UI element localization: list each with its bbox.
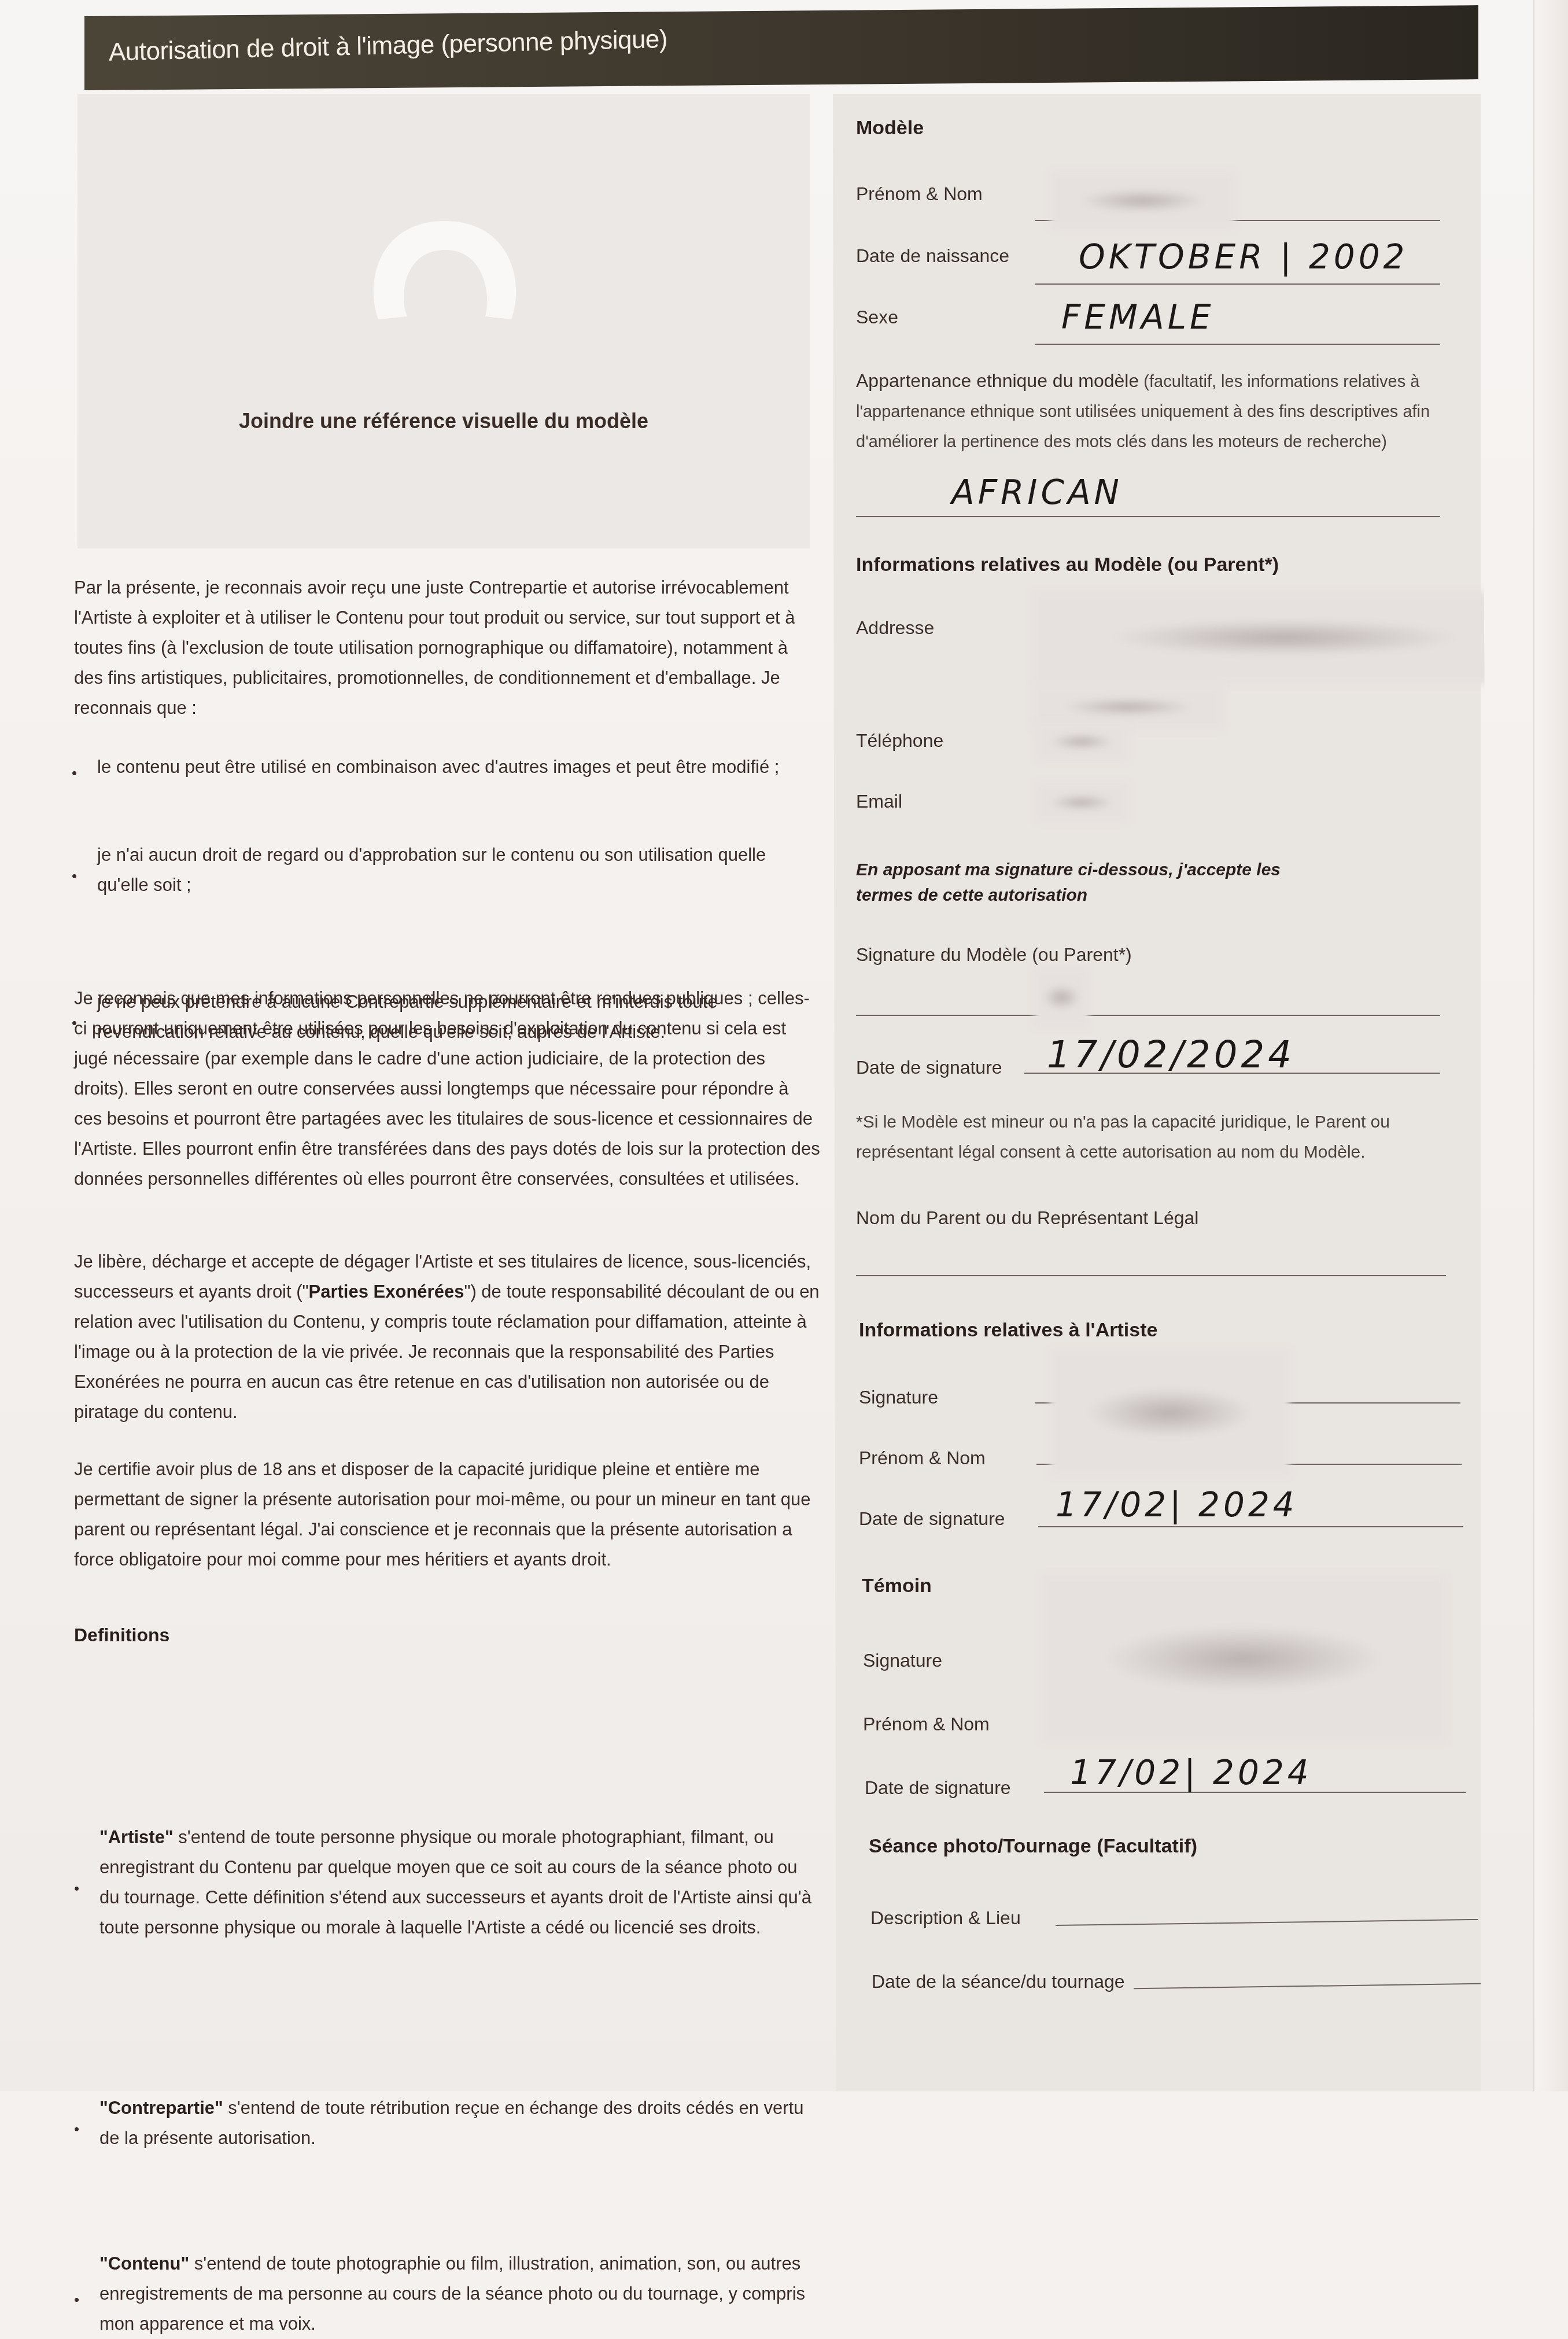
photo-reference-label: Joindre une référence visuelle du modèle	[78, 409, 810, 433]
artist-heading: Informations relatives à l'Artiste	[859, 1319, 1157, 1342]
redacted-phone	[1035, 721, 1128, 762]
privacy-paragraph: Je reconnais que mes informations person…	[74, 984, 820, 1194]
page-edge	[1533, 0, 1568, 2091]
model-info-heading: Informations relatives au Modèle (ou Par…	[856, 554, 1279, 576]
session-heading: Séance photo/Tournage (Facultatif)	[869, 1835, 1197, 1858]
model-signature-date-value: 17/02/2024	[1047, 1034, 1295, 1077]
redacted-email	[1035, 782, 1128, 823]
definitions-heading: Definitions	[74, 1620, 820, 1650]
title-bar: Autorisation de droit à l'image (personn…	[84, 5, 1478, 90]
model-dob-value: OKTOBER | 2002	[1079, 237, 1408, 277]
email-label: Email	[856, 791, 902, 812]
redacted-model-name	[1050, 172, 1235, 230]
ethnicity-label: Appartenance ethnique du modèle (faculta…	[856, 366, 1446, 457]
minor-note: *Si le Modèle est mineur ou n'a pas la c…	[856, 1107, 1446, 1167]
artist-date-field[interactable]	[1038, 1526, 1463, 1527]
model-name-label: Prénom & Nom	[856, 183, 983, 205]
artist-date-value: 17/02| 2024	[1056, 1485, 1298, 1524]
consent-statement: En apposant ma signature ci-dessous, j'a…	[856, 857, 1342, 908]
release-paragraph: Je libère, décharge et accepte de dégage…	[74, 1247, 820, 1427]
model-dob-label: Date de naissance	[856, 245, 1009, 267]
session-description-field[interactable]	[1056, 1919, 1478, 1926]
model-dob-field[interactable]	[1035, 283, 1440, 285]
redacted-witness-info	[1041, 1575, 1446, 1743]
certification-paragraph: Je certifie avoir plus de 18 ans et disp…	[74, 1454, 820, 1575]
artist-date-label: Date de signature	[859, 1508, 1005, 1530]
model-signature-date-label: Date de signature	[856, 1057, 1002, 1078]
acknowledgement-bullet: je n'ai aucun droit de regard ou d'appro…	[74, 840, 820, 900]
model-signature-label: Signature du Modèle (ou Parent*)	[856, 944, 1132, 966]
redacted-artist-info	[1050, 1349, 1290, 1476]
ethnicity-field[interactable]	[856, 516, 1440, 517]
model-heading: Modèle	[856, 117, 924, 139]
ethnicity-value: AFRICAN	[951, 473, 1123, 512]
model-sex-field[interactable]	[1035, 344, 1440, 345]
model-signature-field[interactable]	[856, 1015, 1440, 1016]
acknowledgement-bullet: le contenu peut être utilisé en combinai…	[74, 752, 820, 782]
session-description-label: Description & Lieu	[870, 1907, 1021, 1929]
witness-date-label: Date de signature	[865, 1777, 1011, 1799]
redacted-model-signature	[1034, 966, 1089, 1029]
witness-name-label: Prénom & Nom	[863, 1714, 990, 1735]
intro-paragraph: Par la présente, je reconnais avoir reçu…	[74, 573, 820, 723]
model-sex-label: Sexe	[856, 307, 898, 328]
form-panel: Modèle Prénom & Nom Date de naissance OK…	[833, 94, 1481, 2091]
artist-signature-label: Signature	[859, 1387, 938, 1408]
session-date-field[interactable]	[1134, 1983, 1481, 1989]
artist-name-label: Prénom & Nom	[859, 1447, 986, 1469]
witness-signature-label: Signature	[863, 1650, 942, 1671]
witness-date-value: 17/02| 2024	[1070, 1753, 1312, 1792]
document-page: Autorisation de droit à l'image (personn…	[0, 0, 1568, 2091]
redacted-address	[1032, 591, 1536, 684]
definition-artiste: "Artiste" s'entend de toute personne phy…	[74, 1822, 820, 1943]
photo-reference-box[interactable]: Joindre une référence visuelle du modèle	[78, 94, 810, 548]
session-date-label: Date de la séance/du tournage	[872, 1971, 1125, 1992]
guardian-label: Nom du Parent ou du Représentant Légal	[856, 1207, 1198, 1229]
person-silhouette-icon	[358, 209, 532, 325]
address-label: Addresse	[856, 617, 934, 639]
guardian-field[interactable]	[856, 1275, 1446, 1276]
document-title: Autorisation de droit à l'image (personn…	[109, 25, 668, 67]
phone-label: Téléphone	[856, 730, 943, 752]
model-sex-value: FEMALE	[1061, 297, 1215, 337]
witness-heading: Témoin	[862, 1575, 932, 1597]
